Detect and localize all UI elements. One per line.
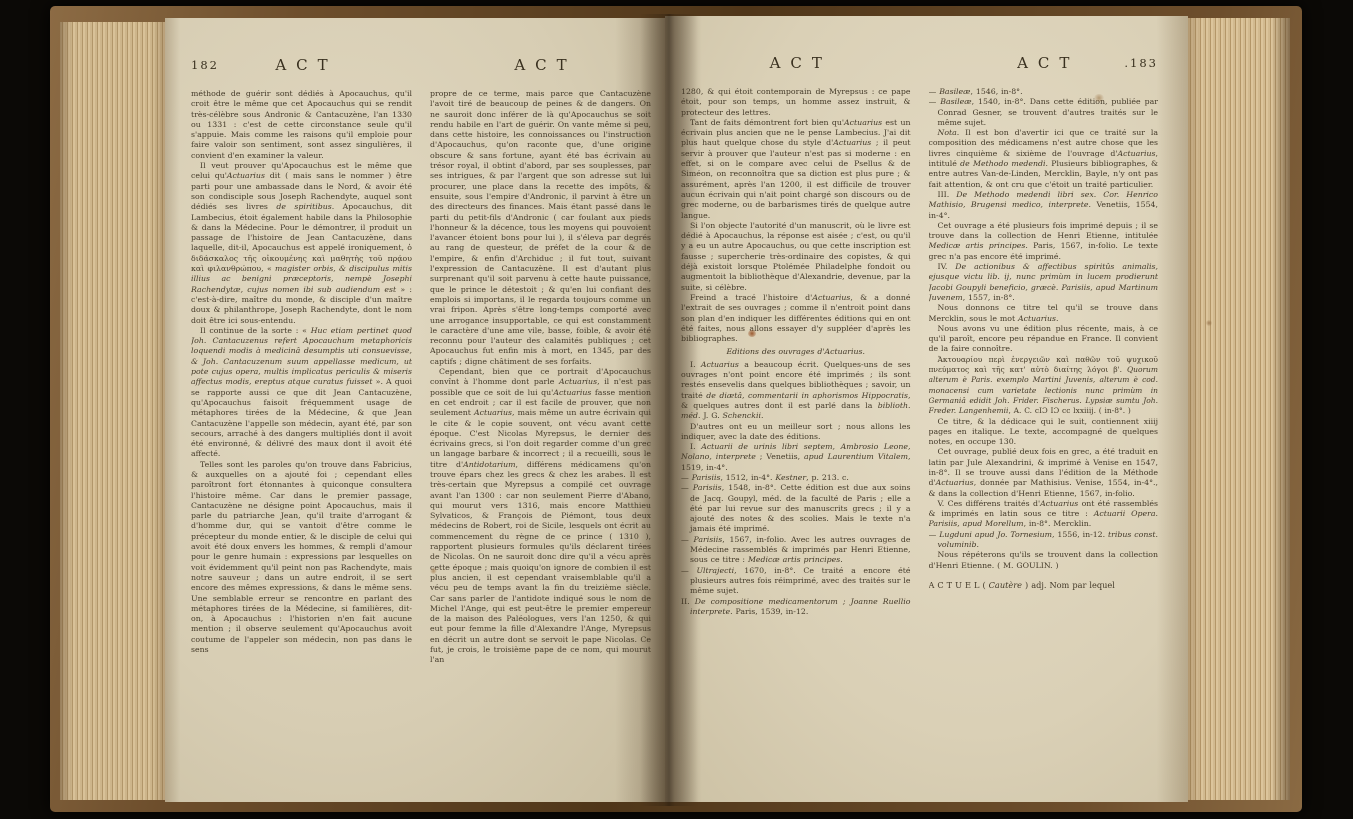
left-page-header: 182 ACT ACT [165,56,665,80]
paragraph: Si l'on objecte l'autorité d'un manuscri… [681,221,911,293]
paragraph: Nous répéterons qu'ils se trouvent dans … [929,550,1159,571]
paragraph: Freind a tracé l'histoire d'Actuarius, &… [681,293,911,344]
text-column-1: méthode de guérir sont dédiés à Apocauch… [191,89,412,666]
page-edges-right [1188,18,1290,800]
paragraph: Telles sont les paroles qu'on trouve dan… [191,460,412,656]
paragraph: V. Ces différens traités d'Actuarius ont… [929,499,1159,530]
paragraph: D'autres ont eu un meilleur sort ; nous … [681,422,911,443]
right-page-header: .183 ACT ACT [665,54,1188,78]
paragraph: propre de ce terme, mais parce que Canta… [430,89,651,367]
paragraph: Ἀκτουαρίου περὶ ἐνεργειῶν καὶ παθῶν τοῦ … [929,355,1159,417]
paragraph: I. Actuarii de urinis libri septem, Ambr… [681,442,911,473]
running-head: ACT [681,54,911,72]
paragraph: Il continue de la sorte : « Huc etiam pe… [191,326,412,460]
paragraph: Ce titre, & la dédicace qui le suit, con… [929,417,1159,448]
paragraph: — Basileæ, 1546, in-8°. [929,87,1159,97]
paragraph: II. De compositione medicamentorum ; Joa… [681,597,911,618]
page-edges-left [60,22,166,800]
paragraph: méthode de guérir sont dédiés à Apocauch… [191,89,412,161]
paragraph: Nous donnons ce titre tel qu'il se trouv… [929,303,1159,324]
paragraph: Cet ouvrage a été plusieurs fois imprimé… [929,221,1159,262]
paragraph: — Parisiis, 1548, in-8°. Cette édition e… [681,483,911,534]
running-head: ACT [191,56,412,74]
text-column-4: — Basileæ, 1546, in-8°.— Basileæ, 1540, … [929,87,1159,617]
text-column-2: propre de ce terme, mais parce que Canta… [430,89,651,666]
paragraph: III. De Methodo medendi libri sex. Cor. … [929,190,1159,221]
paragraph: — Basileæ, 1540, in-8°. Dans cette éditi… [929,97,1159,128]
left-page-columns: méthode de guérir sont dédiés à Apocauch… [165,89,665,666]
page-number-left: 182 [191,58,219,72]
left-page: 182 ACT ACT méthode de guérir sont dédié… [165,18,665,802]
paragraph: — Lugduni apud Jo. Tornesium, 1556, in-1… [929,530,1159,551]
paragraph: Cependant, bien que ce portrait d'Apocau… [430,367,651,666]
paragraph: Cet ouvrage, publié deux fois en grec, a… [929,447,1159,498]
paragraph: — Parisiis, 1567, in-folio. Avec les aut… [681,535,911,566]
paragraph: Nous avons vu une édition plus récente, … [929,324,1159,355]
photo-background: 182 ACT ACT méthode de guérir sont dédié… [0,0,1353,819]
paragraph: 1280, & qui étoit contemporain de Myreps… [681,87,911,118]
paragraph: I. Actuarius a beaucoup écrit. Quelques-… [681,360,911,422]
running-head: ACT [430,56,651,74]
right-page: .183 ACT ACT 1280, & qui étoit contempor… [665,16,1188,802]
text-column-3: 1280, & qui étoit contemporain de Myreps… [681,87,911,617]
paragraph: Nota. Il est bon d'avertir ici que ce tr… [929,128,1159,190]
paragraph: A C T U E L ( Cautère ) adj. Nom par leq… [929,580,1159,590]
page-number-right: .183 [1124,56,1158,70]
paragraph: Il veut prouver qu'Apocauchus est le mêm… [191,161,412,326]
right-page-columns: 1280, & qui étoit contemporain de Myreps… [665,87,1188,617]
paragraph: IV. De actionibus & affectibus spiritûs … [929,262,1159,303]
paragraph: Tant de faits démontrent fort bien qu'Ac… [681,118,911,221]
paragraph: Editions des ouvrages d'Actuarius. [681,347,911,357]
paragraph: — Ultrajecti, 1670, in-8°. Ce traité a e… [681,566,911,597]
paragraph: — Parisiis, 1512, in-4°. Kestner, p. 213… [681,473,911,483]
